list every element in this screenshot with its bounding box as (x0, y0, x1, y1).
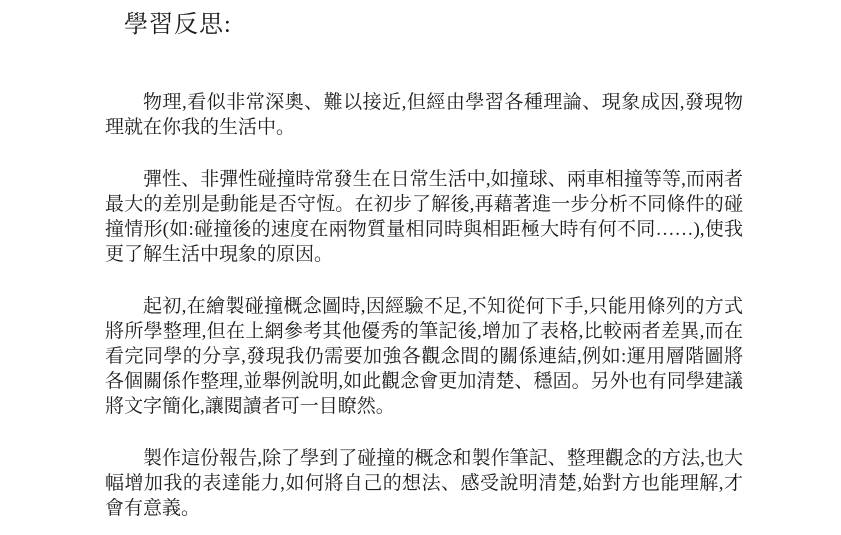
document-body: 物理,看似非常深奧、難以接近,但經由學習各種理論、現象成因,發現物理就在你我的生… (105, 90, 743, 521)
paragraph-collision-types: 彈性、非彈性碰撞時常發生在日常生活中,如撞球、兩車相撞等等,而兩者最大的差別是動… (105, 167, 743, 267)
paragraph-conclusion: 製作這份報告,除了學到了碰撞的概念和製作筆記、整理觀念的方法,也大幅增加我的表達… (105, 446, 743, 521)
document-title: 學習反思: (124, 4, 232, 39)
paragraph-intro: 物理,看似非常深奧、難以接近,但經由學習各種理論、現象成因,發現物理就在你我的生… (105, 90, 743, 140)
document-page: 學習反思: 物理,看似非常深奧、難以接近,但經由學習各種理論、現象成因,發現物理… (0, 0, 841, 535)
paragraph-concept-map: 起初,在繪製碰撞概念圖時,因經驗不足,不知從何下手,只能用條列的方式將所學整理,… (105, 294, 743, 419)
